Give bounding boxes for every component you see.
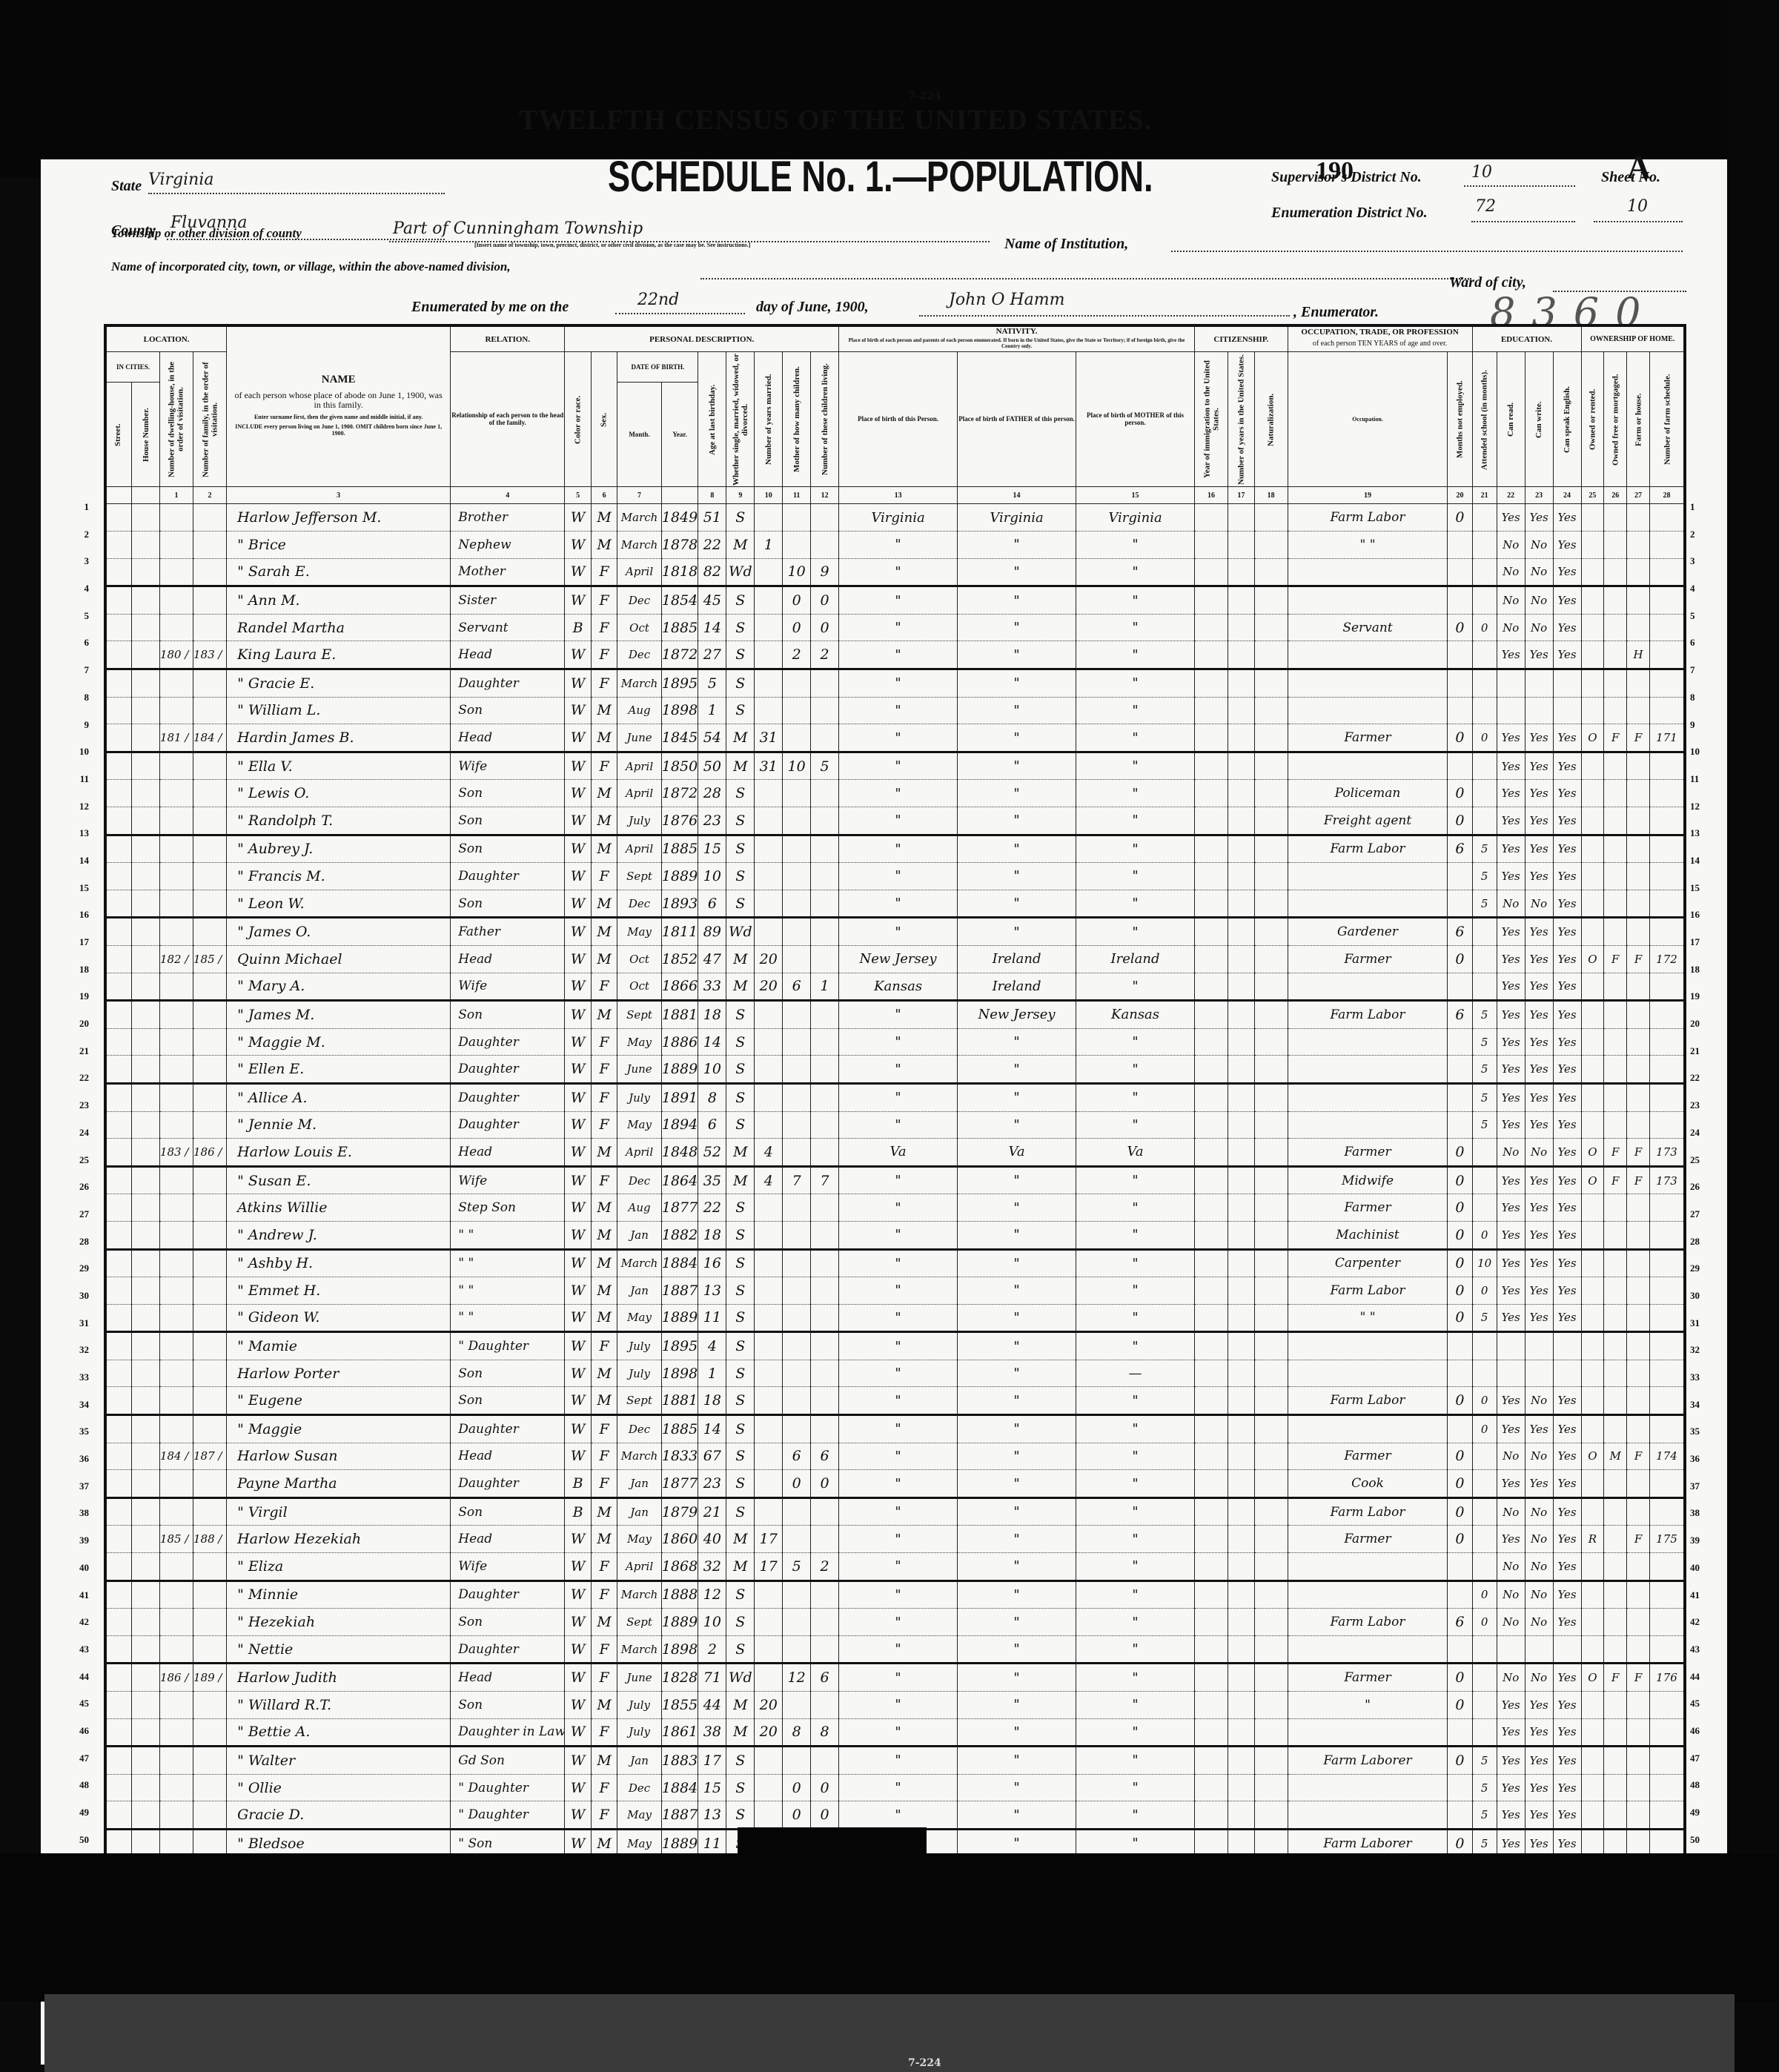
cell-sex: M [591, 1194, 617, 1222]
cell-sex: F [591, 1635, 617, 1664]
cell-farm-schedule [1649, 780, 1685, 807]
cell-owned-free [1604, 780, 1627, 807]
col-children-living: Number of these children living. [811, 352, 839, 487]
cell-owned-rented [1581, 697, 1604, 724]
cell-color: W [565, 724, 592, 752]
cell-owned-free [1604, 1083, 1627, 1111]
cell-birth-year: 1889 [661, 1056, 698, 1084]
cell-immigration-year [1195, 1194, 1228, 1222]
cell-immigration-year [1195, 1443, 1228, 1470]
cell-marital-status: S [726, 890, 755, 918]
cell-sex: F [591, 973, 617, 1001]
cell-attended-school: 5 [1472, 1083, 1497, 1111]
cell-farm-house [1627, 558, 1650, 586]
cell-street [105, 780, 132, 807]
cell-attended-school [1472, 1692, 1497, 1719]
cell-relation: Daughter [451, 669, 565, 698]
census-row: " EugeneSonWMSept188118S"""Farm Labor00Y… [105, 1387, 1685, 1415]
cell-can-read: Yes [1497, 1470, 1525, 1498]
cell-relation: Wife [451, 752, 565, 780]
cell-relation: Son [451, 1692, 565, 1719]
cell-marital-status: S [726, 586, 755, 615]
cell-house [132, 1664, 160, 1692]
cell-attended-school: 0 [1472, 1609, 1497, 1636]
cell-attended-school: 0 [1472, 1221, 1497, 1249]
cell-months-unemployed: 0 [1448, 504, 1472, 532]
cell-birth-year: 1898 [661, 1360, 698, 1387]
cell-years-married [755, 780, 783, 807]
col-relation-desc: Relationship of each person to the head … [451, 352, 565, 487]
cell-mother-of [783, 504, 811, 532]
line-number: 42 [52, 1616, 89, 1644]
cell-years-married [755, 1304, 783, 1332]
cell-family [193, 1718, 227, 1747]
cell-can-speak-english: Yes [1553, 1443, 1581, 1470]
cell-years-married [755, 614, 783, 641]
cell-street [105, 945, 132, 973]
cell-street [105, 1028, 132, 1056]
column-number [132, 487, 160, 504]
cell-can-read: Yes [1497, 1774, 1525, 1801]
col-can-write: Can write. [1525, 352, 1553, 487]
cell-occupation [1288, 863, 1448, 890]
cell-months-unemployed [1448, 641, 1472, 669]
cell-years-married: 17 [755, 1553, 783, 1581]
cell-family [193, 1553, 227, 1581]
cell-family [193, 1801, 227, 1830]
name-note2: INCLUDE every person living on June 1, 1… [234, 424, 443, 437]
cell-can-write: Yes [1525, 1028, 1553, 1056]
cell-years-in-us [1228, 1470, 1255, 1498]
cell-naturalization [1254, 1332, 1288, 1360]
cell-can-speak-english: Yes [1553, 918, 1581, 946]
col-years-married: Number of years married. [755, 352, 783, 487]
cell-relation: Head [451, 1443, 565, 1470]
census-row: 186 / 184189 / 187Harlow JudithHeadWFJun… [105, 1664, 1685, 1692]
cell-children-living: 2 [811, 1553, 839, 1581]
cell-name: Payne Martha [227, 1470, 451, 1498]
cell-name: " Francis M. [227, 863, 451, 890]
cell-family [193, 1387, 227, 1415]
cell-can-speak-english: Yes [1553, 724, 1581, 752]
cell-farm-schedule [1649, 918, 1685, 946]
cell-farm-house [1627, 1553, 1650, 1581]
cell-naturalization [1254, 697, 1288, 724]
cell-mother-of [783, 1635, 811, 1664]
cell-can-speak-english: Yes [1553, 752, 1581, 780]
col-month: Month. [617, 383, 661, 487]
cell-age: 16 [698, 1249, 726, 1277]
cell-naturalization [1254, 890, 1288, 918]
line-number: 21 [1690, 1045, 1727, 1073]
cell-immigration-year [1195, 558, 1228, 586]
cell-color: W [565, 1139, 592, 1167]
enumeration-line [1471, 221, 1575, 222]
cell-age: 13 [698, 1801, 726, 1830]
cell-family [193, 614, 227, 641]
cell-name: " Ann M. [227, 586, 451, 615]
cell-color: W [565, 1553, 592, 1581]
census-row: 183 / 181186 / 184Harlow Louis E.HeadWMA… [105, 1139, 1685, 1167]
cell-months-unemployed: 0 [1448, 780, 1472, 807]
cell-immigration-year [1195, 1415, 1228, 1443]
cell-birthplace: " [839, 641, 958, 669]
cell-dwelling: 181 / 179 [159, 724, 193, 752]
cell-owned-free: F [1604, 945, 1627, 973]
cell-name: " Mary A. [227, 973, 451, 1001]
cell-can-read: No [1497, 1664, 1525, 1692]
cell-father-birthplace: " [958, 1526, 1076, 1553]
cell-years-married [755, 1497, 783, 1526]
line-number: 3 [1690, 555, 1727, 583]
cell-naturalization [1254, 1470, 1288, 1498]
institution-label: Name of Institution, [1004, 236, 1128, 253]
cell-name: Randel Martha [227, 614, 451, 641]
cell-children-living [811, 1581, 839, 1609]
cell-occupation: Farm Labor [1288, 1609, 1448, 1636]
cell-years-married [755, 641, 783, 669]
line-number: 1 [1690, 501, 1727, 529]
cell-name: " James O. [227, 918, 451, 946]
cell-father-birthplace: " [958, 1581, 1076, 1609]
cell-attended-school [1472, 1497, 1497, 1526]
line-number: 39 [52, 1535, 89, 1562]
cell-children-living [811, 1304, 839, 1332]
cell-farm-house [1627, 1360, 1650, 1387]
cell-name: " Mamie [227, 1332, 451, 1360]
census-row: " Ashby H." "WMMarch188416S"""Carpenter0… [105, 1249, 1685, 1277]
cell-dwelling [159, 504, 193, 532]
cell-owned-rented [1581, 1332, 1604, 1360]
cell-immigration-year [1195, 1581, 1228, 1609]
cell-house [132, 724, 160, 752]
cell-can-write: No [1525, 1387, 1553, 1415]
cell-birth-year: 1852 [661, 945, 698, 973]
census-row: " Randolph T.SonWMJuly187623S"""Freight … [105, 807, 1685, 835]
cell-farm-schedule [1649, 1001, 1685, 1029]
cell-owned-rented [1581, 752, 1604, 780]
cell-street [105, 863, 132, 890]
cell-birth-year: 1818 [661, 558, 698, 586]
cell-birth-year: 1850 [661, 752, 698, 780]
cell-birth-month: Dec [617, 641, 661, 669]
cell-years-married [755, 1028, 783, 1056]
cell-color: W [565, 1221, 592, 1249]
cell-sex: F [591, 863, 617, 890]
cell-years-married [755, 1083, 783, 1111]
cell-can-write: No [1525, 1497, 1553, 1526]
cell-owned-free [1604, 1801, 1627, 1830]
cell-mother-birthplace: " [1076, 1249, 1195, 1277]
cell-can-read: Yes [1497, 752, 1525, 780]
cell-age: 22 [698, 1194, 726, 1222]
cell-naturalization [1254, 1249, 1288, 1277]
cell-occupation [1288, 669, 1448, 698]
cell-mother-birthplace: " [1076, 1194, 1195, 1222]
cell-birth-year: 1883 [661, 1747, 698, 1775]
cell-mother-birthplace: " [1076, 1304, 1195, 1332]
cell-mother-of [783, 1056, 811, 1084]
cell-color: W [565, 1387, 592, 1415]
cell-children-living [811, 504, 839, 532]
line-number: 45 [1690, 1698, 1727, 1725]
cell-street [105, 1635, 132, 1664]
cell-marital-status: S [726, 1304, 755, 1332]
cell-color: B [565, 1497, 592, 1526]
cell-birth-month: Jan [617, 1470, 661, 1498]
cell-mother-of [783, 1001, 811, 1029]
column-number: 9 [726, 487, 755, 504]
cell-years-in-us [1228, 1166, 1255, 1194]
cell-birth-month: March [617, 1443, 661, 1470]
cell-relation: Son [451, 697, 565, 724]
cell-marital-status: Wd [726, 558, 755, 586]
cell-can-read: Yes [1497, 504, 1525, 532]
cell-color: W [565, 1635, 592, 1664]
cell-birth-year: 1877 [661, 1470, 698, 1498]
cell-immigration-year [1195, 807, 1228, 835]
cell-years-married [755, 1277, 783, 1305]
cell-immigration-year [1195, 1718, 1228, 1747]
cell-naturalization [1254, 807, 1288, 835]
column-number: 14 [958, 487, 1076, 504]
cell-can-speak-english: Yes [1553, 1387, 1581, 1415]
cell-street [105, 835, 132, 863]
cell-attended-school: 10 [1472, 1249, 1497, 1277]
cell-children-living: 9 [811, 558, 839, 586]
cell-owned-free [1604, 614, 1627, 641]
cell-farm-house [1627, 863, 1650, 890]
census-row: Gracie D." DaughterWFMay188713S00"""5Yes… [105, 1801, 1685, 1830]
cell-birth-month: July [617, 1083, 661, 1111]
line-number: 29 [52, 1262, 89, 1290]
cell-can-write: Yes [1525, 1774, 1553, 1801]
col-naturalization: Naturalization. [1254, 352, 1288, 487]
cell-can-read [1497, 1332, 1525, 1360]
cell-father-birthplace: " [958, 1028, 1076, 1056]
cell-age: 67 [698, 1443, 726, 1470]
cell-farm-house [1627, 1718, 1650, 1747]
column-number: 26 [1604, 487, 1627, 504]
cell-sex: M [591, 1609, 617, 1636]
cell-color: W [565, 945, 592, 973]
cell-years-married [755, 1635, 783, 1664]
cell-occupation: Cook [1288, 1470, 1448, 1498]
cell-attended-school [1472, 504, 1497, 532]
cell-farm-house [1627, 697, 1650, 724]
cell-relation: Daughter [451, 1111, 565, 1139]
group-personal: PERSONAL DESCRIPTION. [565, 325, 839, 352]
cell-mother-birthplace: " [1076, 835, 1195, 863]
cell-age: 12 [698, 1581, 726, 1609]
cell-color: W [565, 1443, 592, 1470]
cell-sex: M [591, 504, 617, 532]
cell-birthplace: " [839, 1360, 958, 1387]
cell-years-married [755, 1774, 783, 1801]
cell-father-birthplace: " [958, 1360, 1076, 1387]
line-number: 11 [52, 773, 89, 801]
cell-farm-house: F [1627, 724, 1650, 752]
enumerator-name: John O Hamm [949, 291, 1064, 309]
cell-color: W [565, 1277, 592, 1305]
cell-children-living: 6 [811, 1664, 839, 1692]
cell-name: Hardin James B. [227, 724, 451, 752]
cell-dwelling [159, 558, 193, 586]
cell-months-unemployed [1448, 1553, 1472, 1581]
cell-family [193, 1001, 227, 1029]
cell-owned-rented [1581, 1387, 1604, 1415]
cell-name: " Willard R.T. [227, 1692, 451, 1719]
cell-owned-rented [1581, 1497, 1604, 1526]
cell-years-married: 20 [755, 1692, 783, 1719]
cell-naturalization [1254, 1221, 1288, 1249]
cell-immigration-year [1195, 641, 1228, 669]
cell-street [105, 614, 132, 641]
cell-age: 50 [698, 752, 726, 780]
cell-marital-status: S [726, 1277, 755, 1305]
cell-marital-status: S [726, 1083, 755, 1111]
line-number: 10 [52, 746, 89, 773]
cell-can-read: No [1497, 1497, 1525, 1526]
census-row: " Bettie A.Daughter in LawWFJuly186138M2… [105, 1718, 1685, 1747]
cell-years-married [755, 807, 783, 835]
cell-birthplace: " [839, 1028, 958, 1056]
line-number: 23 [52, 1099, 89, 1127]
cell-can-speak-english: Yes [1553, 1609, 1581, 1636]
cell-birth-year: 1877 [661, 1194, 698, 1222]
cell-attended-school: 0 [1472, 1277, 1497, 1305]
census-row: " William L.SonWMAug18981S""" [105, 697, 1685, 724]
cell-family [193, 504, 227, 532]
cell-family [193, 1194, 227, 1222]
cell-mother-birthplace: " [1076, 780, 1195, 807]
cell-months-unemployed: 0 [1448, 807, 1472, 835]
cell-owned-free [1604, 1194, 1627, 1222]
cell-birth-year: 1879 [661, 1497, 698, 1526]
line-number: 50 [1690, 1834, 1727, 1861]
line-number: 2 [52, 529, 89, 556]
cell-attended-school: 5 [1472, 1747, 1497, 1775]
cell-sex: F [591, 1718, 617, 1747]
cell-farm-schedule [1649, 1497, 1685, 1526]
cell-farm-schedule [1649, 1415, 1685, 1443]
cell-street [105, 1526, 132, 1553]
cell-father-birthplace: " [958, 669, 1076, 698]
cell-sex: F [591, 1553, 617, 1581]
cell-birth-month: May [617, 1111, 661, 1139]
cell-farm-house [1627, 1609, 1650, 1636]
cell-marital-status: S [726, 1387, 755, 1415]
cell-marital-status: S [726, 807, 755, 835]
cell-family [193, 1166, 227, 1194]
cell-age: 6 [698, 890, 726, 918]
line-number: 21 [52, 1045, 89, 1073]
cell-immigration-year [1195, 1526, 1228, 1553]
cell-relation: Nephew [451, 532, 565, 559]
line-number: 27 [52, 1208, 89, 1236]
cell-street [105, 1194, 132, 1222]
cell-birth-year: 1849 [661, 504, 698, 532]
cell-years-in-us [1228, 1415, 1255, 1443]
cell-sex: F [591, 641, 617, 669]
cell-mother-of [783, 1194, 811, 1222]
cell-children-living [811, 669, 839, 698]
cell-owned-rented [1581, 1635, 1604, 1664]
cell-birth-year: 1888 [661, 1581, 698, 1609]
cell-years-in-us [1228, 1083, 1255, 1111]
cell-mother-birthplace: " [1076, 1443, 1195, 1470]
cell-father-birthplace: " [958, 1277, 1076, 1305]
cell-birth-year: 1845 [661, 724, 698, 752]
institution-line [1171, 251, 1683, 252]
cell-sex: M [591, 1249, 617, 1277]
cell-farm-house: F [1627, 1139, 1650, 1167]
line-number: 28 [1690, 1236, 1727, 1263]
cell-family [193, 1221, 227, 1249]
census-row: " WalterGd SonWMJan188317S"""Farm Labore… [105, 1747, 1685, 1775]
cell-birthplace: " [839, 918, 958, 946]
cell-family: 187 / 185 [193, 1443, 227, 1470]
cell-can-write: Yes [1525, 1692, 1553, 1719]
cell-years-in-us [1228, 780, 1255, 807]
cell-farm-house [1627, 1581, 1650, 1609]
census-row: Harlow PorterSonWMJuly18981S""— [105, 1360, 1685, 1387]
cell-birth-month: Aug [617, 1194, 661, 1222]
cell-children-living [811, 532, 839, 559]
sheet-no-label: Sheet No. [1601, 169, 1660, 186]
cell-children-living: 0 [811, 1801, 839, 1830]
cell-farm-house [1627, 1111, 1650, 1139]
col-owned-rented: Owned or rented. [1581, 352, 1604, 487]
cell-naturalization [1254, 1001, 1288, 1029]
cell-occupation: Farm Labor [1288, 835, 1448, 863]
cell-family [193, 1635, 227, 1664]
cell-name: " Lewis O. [227, 780, 451, 807]
col-age: Age at last birthday. [698, 352, 726, 487]
cell-family [193, 863, 227, 890]
cell-birth-year: 1848 [661, 1139, 698, 1167]
cell-can-read: Yes [1497, 1083, 1525, 1111]
cell-sex: M [591, 890, 617, 918]
cell-marital-status: M [726, 973, 755, 1001]
cell-house [132, 558, 160, 586]
census-row: " Susan E.WifeWFDec186435M477"""Midwife0… [105, 1166, 1685, 1194]
cell-birth-year: 1886 [661, 1028, 698, 1056]
cell-can-speak-english: Yes [1553, 1415, 1581, 1443]
cell-years-in-us [1228, 807, 1255, 835]
cell-house [132, 1221, 160, 1249]
cell-name: " Ollie [227, 1774, 451, 1801]
cell-attended-school: 0 [1472, 1387, 1497, 1415]
cell-family [193, 835, 227, 863]
cell-mother-birthplace: — [1076, 1360, 1195, 1387]
cell-mother-birthplace: " [1076, 724, 1195, 752]
cell-naturalization [1254, 780, 1288, 807]
cell-birth-month: Dec [617, 1774, 661, 1801]
cell-farm-house [1627, 586, 1650, 615]
cell-owned-free [1604, 1470, 1627, 1498]
cell-immigration-year [1195, 1774, 1228, 1801]
cell-farm-house [1627, 1387, 1650, 1415]
cell-street [105, 669, 132, 698]
cell-years-in-us [1228, 1221, 1255, 1249]
cell-farm-schedule [1649, 752, 1685, 780]
cell-house [132, 1470, 160, 1498]
cell-years-in-us [1228, 504, 1255, 532]
cell-family: 184 / 182 [193, 724, 227, 752]
cell-farm-house [1627, 973, 1650, 1001]
cell-birth-year: 1895 [661, 669, 698, 698]
